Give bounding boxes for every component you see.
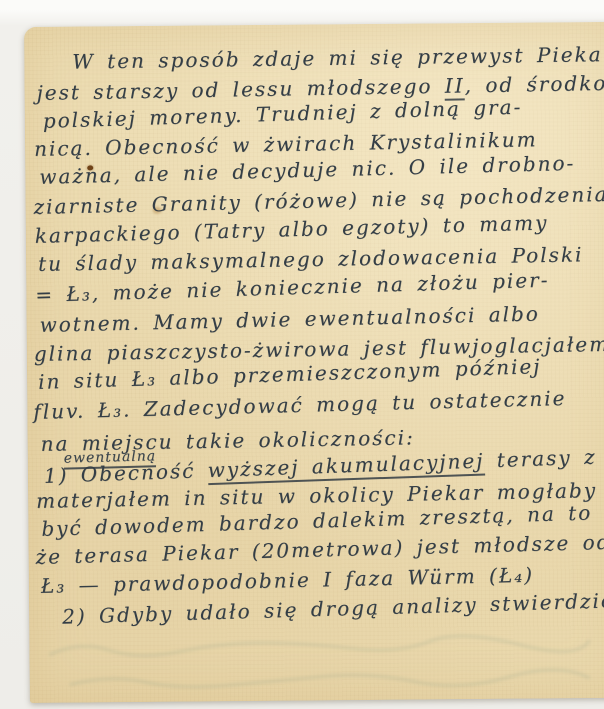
text-segment: , od środkowo- xyxy=(464,70,604,97)
text-segment: terasy z północnym xyxy=(484,440,604,473)
text-segment: wotnem. Mamy dwie ewentualności albo xyxy=(39,302,540,337)
text-segment: 1) Obecność xyxy=(43,458,208,488)
handwritten-line: W ten sposób zdaje mi się przewyst Pieka… xyxy=(72,42,604,74)
text-segment: W ten sposób zdaje mi się przewyst Pieka… xyxy=(72,42,604,74)
scan-background: W ten sposób zdaje mi się przewyst Pieka… xyxy=(0,0,604,709)
handwritten-line: fluv. Ł₃. Zadecydować mogą tu ostateczni… xyxy=(33,386,567,424)
letter-page: W ten sposób zdaje mi się przewyst Pieka… xyxy=(24,22,604,703)
handwritten-line: wotnem. Mamy dwie ewentualności albo xyxy=(39,302,540,337)
underlined-text: wyższej akumulacyjnej xyxy=(207,448,485,485)
ink-showthrough xyxy=(39,620,600,705)
handwriting-block: W ten sposób zdaje mi się przewyst Pieka… xyxy=(24,22,604,27)
text-segment: fluv. Ł₃. Zadecydować mogą tu ostateczni… xyxy=(33,386,567,424)
